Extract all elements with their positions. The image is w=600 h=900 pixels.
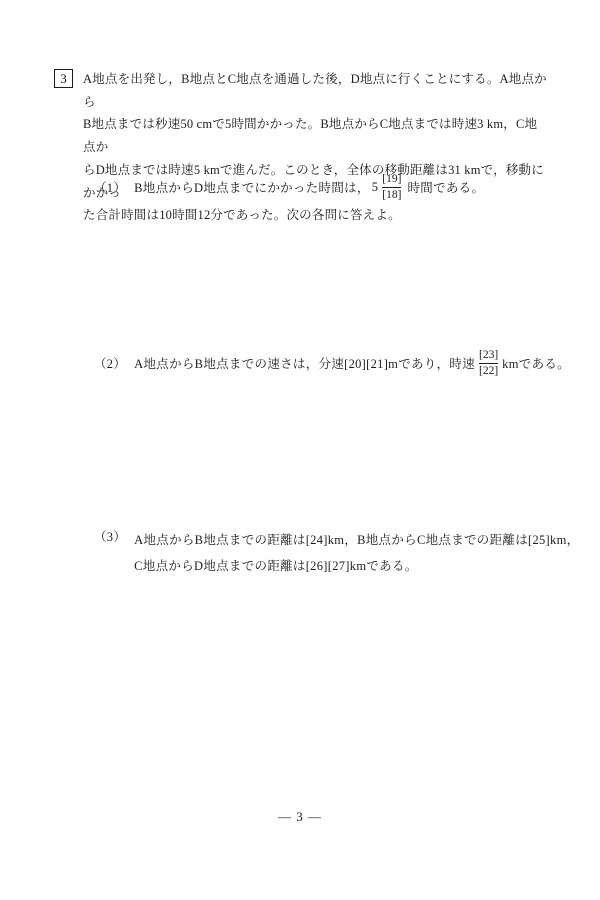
question-3-line-1: A地点からB地点までの距離は[24]km，B地点からC地点までの距離は[25]k… — [134, 527, 579, 553]
problem-number-box: 3 — [54, 69, 73, 88]
question-3-label: （3） — [94, 527, 126, 545]
question-1-label: （1） — [94, 178, 126, 196]
question-2-fraction-numerator: [23] — [479, 348, 498, 363]
question-1-text: B地点からD地点までにかかった時間は， — [134, 178, 370, 196]
question-1-whole-number: 5 — [372, 180, 379, 195]
question-3: （3） A地点からB地点までの距離は[24]km，B地点からC地点までの距離は[… — [94, 527, 579, 579]
statement-line-1: A地点を出発し，B地点とC地点を通過した後，D地点に行くことにする。A地点から — [83, 68, 548, 113]
page-number: — 3 — — [0, 809, 600, 825]
question-2-fraction-denominator: [22] — [479, 363, 498, 379]
question-1-text-after: 時間である。 — [407, 178, 484, 196]
question-2-text-after: kmである。 — [502, 354, 570, 372]
question-1-fraction: [19] [18] — [382, 172, 401, 203]
question-1: （1） B地点からD地点までにかかった時間は， 5 [19] [18] 時間であ… — [94, 166, 484, 208]
statement-line-2: B地点までは秒速50 cmで5時間かかった。B地点からC地点までは時速3 km，… — [83, 113, 548, 158]
question-1-fraction-numerator: [19] — [382, 172, 401, 187]
question-3-line-2: C地点からD地点までの距離は[26][27]kmである。 — [134, 553, 579, 579]
question-3-text: A地点からB地点までの距離は[24]km，B地点からC地点までの距離は[25]k… — [134, 527, 579, 579]
question-2-label: （2） — [94, 354, 126, 372]
question-1-fraction-denominator: [18] — [382, 187, 401, 203]
question-1-mixed-number: 5 [19] [18] — [372, 172, 406, 203]
question-2-text: A地点からB地点までの速さは，分速[20][21]mであり，時速 — [134, 354, 475, 372]
exam-page: 3 A地点を出発し，B地点とC地点を通過した後，D地点に行くことにする。A地点か… — [0, 0, 600, 900]
question-2-fraction: [23] [22] — [479, 348, 498, 379]
question-2: （2） A地点からB地点までの速さは，分速[20][21]mであり，時速 [23… — [94, 340, 570, 386]
